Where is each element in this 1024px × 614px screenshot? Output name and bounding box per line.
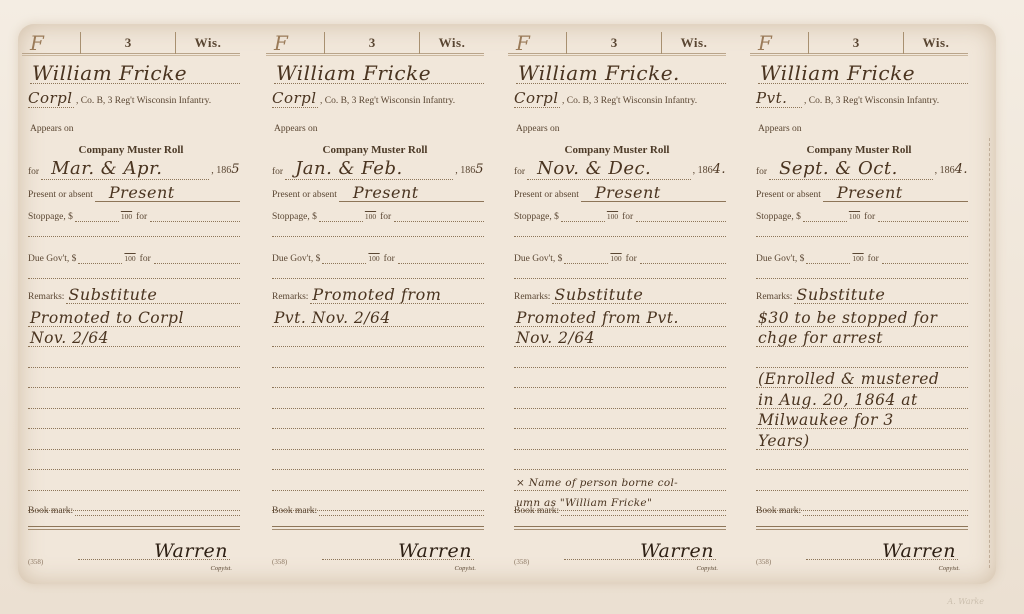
year-field: , 1865	[211, 162, 240, 180]
soldier-name: William Fricke	[32, 61, 187, 85]
cents-label: 100	[852, 254, 863, 264]
for-label: for	[380, 212, 391, 222]
remarks-label: Remarks:	[514, 292, 550, 304]
remarks-text: Nov. 2/64	[516, 329, 595, 347]
company-letter: F	[508, 32, 566, 54]
stoppage-row: Stoppage, $ 100 for	[28, 208, 240, 222]
soldier-name: William Fricke.	[518, 61, 680, 85]
cents-label: 100	[849, 212, 860, 222]
stoppage-label: Stoppage, $	[514, 212, 559, 222]
period-value: Sept. & Oct.	[779, 158, 898, 179]
form-number: (358)	[272, 558, 287, 566]
for-label: for	[626, 254, 637, 264]
cents-label: 100	[365, 212, 376, 222]
due-gov-row: Due Gov't, $ 100 for	[272, 250, 484, 264]
state-abbrev: Wis.	[662, 32, 726, 54]
present-row: Present or absent Present	[28, 182, 240, 202]
for-label: for	[140, 254, 151, 264]
rank-unit-row: Corpl , Co. B, 3 Reg't Wisconsin Infantr…	[272, 88, 484, 108]
remarks-line	[272, 429, 484, 450]
due-gov-label: Due Gov't, $	[28, 254, 76, 264]
remarks-line	[272, 347, 484, 368]
present-label: Present or absent	[272, 190, 337, 202]
muster-roll-card: F 3 Wis. William Fricke Corpl , Co. B, 3…	[22, 28, 244, 578]
roll-title: Company Muster Roll	[508, 144, 726, 156]
present-value: Present	[595, 183, 661, 202]
remarks-line: chge for arrest	[756, 327, 968, 348]
blank-line	[28, 236, 240, 237]
soldier-name-field: William Fricke	[30, 62, 240, 84]
due-gov-for-field	[398, 254, 484, 264]
copyist-label: Copyist.	[455, 565, 477, 572]
remarks-lines: Promoted to CorplNov. 2/64	[28, 306, 240, 511]
remarks-first-text: Promoted from	[312, 285, 441, 304]
present-row: Present or absent Present	[756, 182, 968, 202]
remarks-row: Remarks: Substitute	[756, 284, 968, 304]
remarks-line	[514, 409, 726, 430]
remarks-first-text: Substitute	[796, 285, 885, 304]
bookmark-label: Book mark:	[756, 506, 801, 516]
remarks-text: Years)	[758, 432, 810, 450]
rank: Corpl	[28, 89, 74, 108]
remarks-line	[514, 429, 726, 450]
blank-line	[756, 236, 968, 237]
period-value: Jan. & Feb.	[295, 158, 403, 179]
card-header: F 3 Wis.	[750, 32, 968, 54]
due-gov-for-field	[640, 254, 726, 264]
due-gov-row: Due Gov't, $ 100 for	[756, 250, 968, 264]
remarks-text: × Name of person borne col-	[516, 477, 678, 489]
period-value: Nov. & Dec.	[537, 158, 651, 179]
blank-line	[514, 236, 726, 237]
soldier-name-field: William Fricke	[758, 62, 968, 84]
stoppage-for-field	[150, 212, 240, 222]
remarks-first-text: Substitute	[68, 285, 157, 304]
unit-text: , Co. B, 3 Reg't Wisconsin Infantry.	[320, 96, 455, 108]
year-prefix: , 186	[211, 165, 231, 176]
for-label: for	[136, 212, 147, 222]
bookmark-label: Book mark:	[272, 506, 317, 516]
remarks-line	[28, 470, 240, 491]
remarks-line	[514, 388, 726, 409]
remarks-line	[28, 368, 240, 389]
year-prefix: , 186	[455, 165, 475, 176]
remarks-text: Promoted from Pvt.	[516, 309, 679, 327]
stoppage-label: Stoppage, $	[272, 212, 317, 222]
remarks-row: Remarks: Promoted from	[272, 284, 484, 304]
period-row: for Nov. & Dec. , 1864.	[514, 156, 726, 180]
remarks-line: Years)	[756, 429, 968, 450]
bookmark-row: Book mark:	[28, 500, 240, 516]
due-gov-amount-field	[806, 254, 850, 264]
blank-line	[514, 278, 726, 279]
remarks-text: (Enrolled & mustered	[758, 370, 939, 388]
year-suffix: 5	[475, 162, 484, 177]
present-field: Present	[581, 182, 726, 202]
copyist-label: Copyist.	[211, 565, 233, 572]
year-field: , 1864.	[935, 162, 968, 180]
rank-unit-row: Corpl , Co. B, 3 Reg't Wisconsin Infantr…	[28, 88, 240, 108]
regiment-number: 3	[80, 32, 176, 54]
for-label: for	[514, 167, 525, 180]
year-prefix: , 186	[693, 165, 713, 176]
cents-label: 100	[368, 254, 379, 264]
period-row: for Mar. & Apr. , 1865	[28, 156, 240, 180]
cents-label: 100	[607, 212, 618, 222]
rank: Corpl	[272, 89, 318, 108]
remarks-line	[28, 429, 240, 450]
present-field: Present	[339, 182, 484, 202]
cents-label: 100	[124, 254, 135, 264]
for-label: for	[384, 254, 395, 264]
regiment-number: 3	[566, 32, 662, 54]
state-abbrev: Wis.	[904, 32, 968, 54]
present-label: Present or absent	[514, 190, 579, 202]
remarks-line: Pvt. Nov. 2/64	[272, 306, 484, 327]
year-suffix: 4.	[955, 162, 968, 177]
stoppage-for-field	[636, 212, 726, 222]
soldier-name: William Fricke	[760, 61, 915, 85]
double-rule	[514, 526, 726, 530]
for-label: for	[622, 212, 633, 222]
appears-on-label: Appears on	[758, 124, 802, 134]
due-gov-row: Due Gov't, $ 100 for	[514, 250, 726, 264]
unit-text: , Co. B, 3 Reg't Wisconsin Infantry.	[804, 96, 939, 108]
roll-title: Company Muster Roll	[22, 144, 240, 156]
remarks-first-line: Substitute	[552, 284, 726, 304]
rank-unit-row: Pvt. , Co. B, 3 Reg't Wisconsin Infantry…	[756, 88, 968, 108]
remarks-line: Nov. 2/64	[28, 327, 240, 348]
due-gov-for-field	[154, 254, 240, 264]
remarks-first-line: Promoted from	[310, 284, 484, 304]
form-number: (358)	[514, 558, 529, 566]
card-header: F 3 Wis.	[508, 32, 726, 54]
copyist-signature: Warren	[640, 540, 714, 562]
form-number: (358)	[28, 558, 43, 566]
blank-line	[28, 278, 240, 279]
remarks-line: × Name of person borne col-	[514, 470, 726, 491]
state-abbrev: Wis.	[176, 32, 240, 54]
cents-label: 100	[610, 254, 621, 264]
remarks-lines: Promoted from Pvt.Nov. 2/64× Name of per…	[514, 306, 726, 511]
remarks-text: Milwaukee for 3	[758, 411, 894, 429]
due-gov-amount-field	[564, 254, 608, 264]
present-value: Present	[109, 183, 175, 202]
for-label: for	[756, 167, 767, 180]
remarks-line: Promoted to Corpl	[28, 306, 240, 327]
remarks-line	[514, 368, 726, 389]
bookmark-field	[803, 506, 968, 516]
remarks-label: Remarks:	[756, 292, 792, 304]
remarks-line	[272, 388, 484, 409]
regiment-number: 3	[808, 32, 904, 54]
remarks-line: Promoted from Pvt.	[514, 306, 726, 327]
muster-roll-card: F 3 Wis. William Fricke Pvt. , Co. B, 3 …	[750, 28, 972, 578]
signature-row: (358) Warren Copyist.	[756, 534, 968, 570]
state-abbrev: Wis.	[420, 32, 484, 54]
stoppage-amount-field	[319, 212, 363, 222]
bookmark-label: Book mark:	[28, 506, 73, 516]
stoppage-label: Stoppage, $	[28, 212, 73, 222]
remarks-row: Remarks: Substitute	[514, 284, 726, 304]
roll-title: Company Muster Roll	[750, 144, 968, 156]
remarks-label: Remarks:	[272, 292, 308, 304]
period-row: for Sept. & Oct. , 1864.	[756, 156, 968, 180]
remarks-line	[272, 450, 484, 471]
remarks-text: Pvt. Nov. 2/64	[274, 309, 391, 327]
company-letter: F	[750, 32, 808, 54]
for-label: for	[28, 167, 39, 180]
remarks-line	[28, 347, 240, 368]
appears-on-label: Appears on	[274, 124, 318, 134]
remarks-row: Remarks: Substitute	[28, 284, 240, 304]
stoppage-row: Stoppage, $ 100 for	[272, 208, 484, 222]
rank: Pvt.	[756, 89, 802, 108]
due-gov-for-field	[882, 254, 968, 264]
remarks-line	[272, 368, 484, 389]
soldier-name-field: William Fricke	[274, 62, 484, 84]
remarks-label: Remarks:	[28, 292, 64, 304]
year-suffix: 4.	[713, 162, 726, 177]
company-letter: F	[266, 32, 324, 54]
double-rule	[28, 526, 240, 530]
appears-on-label: Appears on	[516, 124, 560, 134]
bookmark-row: Book mark:	[756, 500, 968, 516]
present-field: Present	[95, 182, 240, 202]
remarks-line	[28, 450, 240, 471]
remarks-line: $30 to be stopped for	[756, 306, 968, 327]
company-letter: F	[22, 32, 80, 54]
remarks-line	[756, 450, 968, 471]
for-label: for	[868, 254, 879, 264]
bookmark-field	[561, 506, 726, 516]
remarks-line	[514, 450, 726, 471]
blank-line	[272, 278, 484, 279]
remarks-line	[756, 470, 968, 491]
stoppage-label: Stoppage, $	[756, 212, 801, 222]
remarks-line: Nov. 2/64	[514, 327, 726, 348]
remarks-line	[272, 409, 484, 430]
remarks-first-text: Substitute	[554, 285, 643, 304]
stoppage-row: Stoppage, $ 100 for	[514, 208, 726, 222]
remarks-text: in Aug. 20, 1864 at	[758, 391, 918, 409]
remarks-line: Milwaukee for 3	[756, 409, 968, 430]
copyist-label: Copyist.	[697, 565, 719, 572]
muster-roll-card: F 3 Wis. William Fricke Corpl , Co. B, 3…	[266, 28, 488, 578]
roll-title: Company Muster Roll	[266, 144, 484, 156]
year-field: , 1864.	[693, 162, 726, 180]
unit-text: , Co. B, 3 Reg't Wisconsin Infantry.	[76, 96, 211, 108]
copyist-signature: Warren	[154, 540, 228, 562]
bookmark-field	[319, 506, 484, 516]
bookmark-field	[75, 506, 240, 516]
present-label: Present or absent	[28, 190, 93, 202]
due-gov-row: Due Gov't, $ 100 for	[28, 250, 240, 264]
remarks-lines: Pvt. Nov. 2/64	[272, 306, 484, 511]
remarks-text: Nov. 2/64	[30, 329, 109, 347]
remarks-text: $30 to be stopped for	[758, 309, 937, 327]
present-row: Present or absent Present	[514, 182, 726, 202]
for-label: for	[272, 167, 283, 180]
bookmark-label: Book mark:	[514, 506, 559, 516]
present-value: Present	[837, 183, 903, 202]
remarks-text: chge for arrest	[758, 329, 883, 347]
present-field: Present	[823, 182, 968, 202]
signature-row: (358) Warren Copyist.	[28, 534, 240, 570]
period-field: Mar. & Apr.	[41, 158, 209, 180]
double-rule	[756, 526, 968, 530]
remarks-line	[756, 347, 968, 368]
period-field: Jan. & Feb.	[285, 158, 453, 180]
period-value: Mar. & Apr.	[51, 158, 162, 179]
copyist-signature: Warren	[882, 540, 956, 562]
cents-label: 100	[121, 212, 132, 222]
remarks-text: Promoted to Corpl	[30, 309, 184, 327]
stoppage-amount-field	[803, 212, 847, 222]
period-field: Nov. & Dec.	[527, 158, 691, 180]
present-label: Present or absent	[756, 190, 821, 202]
muster-roll-card: F 3 Wis. William Fricke. Corpl , Co. B, …	[508, 28, 730, 578]
year-prefix: , 186	[935, 165, 955, 176]
stoppage-for-field	[394, 212, 484, 222]
due-gov-amount-field	[322, 254, 366, 264]
blank-line	[272, 236, 484, 237]
stoppage-amount-field	[75, 212, 119, 222]
remarks-line: in Aug. 20, 1864 at	[756, 388, 968, 409]
stoppage-row: Stoppage, $ 100 for	[756, 208, 968, 222]
card-header: F 3 Wis.	[266, 32, 484, 54]
remarks-lines: $30 to be stopped forchge for arrest(Enr…	[756, 306, 968, 511]
blank-line	[756, 278, 968, 279]
due-gov-label: Due Gov't, $	[514, 254, 562, 264]
remarks-first-line: Substitute	[794, 284, 968, 304]
remarks-line: (Enrolled & mustered	[756, 368, 968, 389]
soldier-name-field: William Fricke.	[516, 62, 726, 84]
year-suffix: 5	[231, 162, 240, 177]
copyist-signature: Warren	[398, 540, 472, 562]
stoppage-amount-field	[561, 212, 605, 222]
copyist-label: Copyist.	[939, 565, 961, 572]
present-row: Present or absent Present	[272, 182, 484, 202]
unit-text: , Co. B, 3 Reg't Wisconsin Infantry.	[562, 96, 697, 108]
present-value: Present	[353, 183, 419, 202]
signature-row: (358) Warren Copyist.	[272, 534, 484, 570]
remarks-line	[28, 388, 240, 409]
appears-on-label: Appears on	[30, 124, 74, 134]
due-gov-label: Due Gov't, $	[272, 254, 320, 264]
year-field: , 1865	[455, 162, 484, 180]
double-rule	[272, 526, 484, 530]
signature-row: (358) Warren Copyist.	[514, 534, 726, 570]
remarks-line	[28, 409, 240, 430]
due-gov-label: Due Gov't, $	[756, 254, 804, 264]
stoppage-for-field	[878, 212, 968, 222]
for-label: for	[864, 212, 875, 222]
bookmark-row: Book mark:	[272, 500, 484, 516]
due-gov-amount-field	[78, 254, 122, 264]
regiment-number: 3	[324, 32, 420, 54]
soldier-name: William Fricke	[276, 61, 431, 85]
rank-unit-row: Corpl , Co. B, 3 Reg't Wisconsin Infantr…	[514, 88, 726, 108]
card-header: F 3 Wis.	[22, 32, 240, 54]
remarks-line	[514, 347, 726, 368]
bookmark-row: Book mark:	[514, 500, 726, 516]
rank: Corpl	[514, 89, 560, 108]
period-field: Sept. & Oct.	[769, 158, 933, 180]
watermark-signature: A. Warke	[947, 597, 984, 606]
remarks-line	[272, 327, 484, 348]
remarks-line	[272, 470, 484, 491]
period-row: for Jan. & Feb. , 1865	[272, 156, 484, 180]
form-number: (358)	[756, 558, 771, 566]
remarks-first-line: Substitute	[66, 284, 240, 304]
